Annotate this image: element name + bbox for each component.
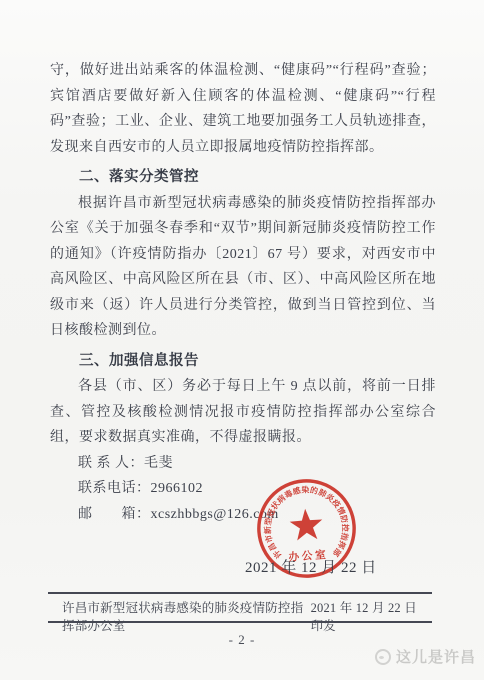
footer-rule-top (48, 592, 432, 594)
contact-email-row: 邮 箱：xcszhbbgs@126.com (50, 502, 436, 528)
footer-issuer: 许昌市新型冠状病毒感染的肺炎疫情防控指挥部办公室 (62, 598, 311, 634)
section-body-2: 根据许昌市新型冠状病毒感染的肺炎疫情防控指挥部办公室《关于加强冬春季和“双节”期… (50, 191, 436, 344)
paragraph-continued: 守，做好进出站乘客的体温检测、“健康码”“行程码”查验；宾馆酒店要做好新入住顾客… (50, 58, 436, 160)
contact-phone-value: 2966102 (151, 481, 204, 496)
contact-phone-label: 联系电话： (78, 481, 151, 496)
document-page: 守，做好进出站乘客的体温检测、“健康码”“行程码”查验；宾馆酒店要做好新入住顾客… (0, 0, 484, 680)
section-heading-3: 三、加强信息报告 (50, 349, 436, 375)
contact-person-label: 联 系 人： (78, 456, 144, 471)
footer-row: 许昌市新型冠状病毒感染的肺炎疫情防控指挥部办公室 2021 年 12 月 22 … (48, 598, 432, 634)
footer-rule-bottom (48, 621, 432, 623)
contact-phone-row: 联系电话：2966102 (50, 476, 436, 502)
contact-person-value: 毛斐 (144, 456, 173, 471)
document-date: 2021 年 12 月 22 日 (245, 556, 377, 577)
footer-print-date: 2021 年 12 月 22 日印发 (311, 598, 418, 634)
section-body-3: 各县（市、区）务必于每日上午 9 点以前，将前一日排查、管控及核酸检测情况报市疫… (50, 374, 436, 451)
seal-star-icon (289, 508, 324, 541)
contact-email-label: 邮 箱： (78, 507, 151, 522)
document-body: 守，做好进出站乘客的体温检测、“健康码”“行程码”查验；宾馆酒店要做好新入住顾客… (50, 58, 436, 527)
contact-person-row: 联 系 人：毛斐 (50, 451, 436, 477)
watermark: 这儿是许昌 (375, 646, 476, 667)
watermark-logo-icon (375, 649, 391, 665)
section-heading-2: 二、落实分类管控 (50, 165, 436, 191)
watermark-text: 这儿是许昌 (396, 646, 476, 667)
